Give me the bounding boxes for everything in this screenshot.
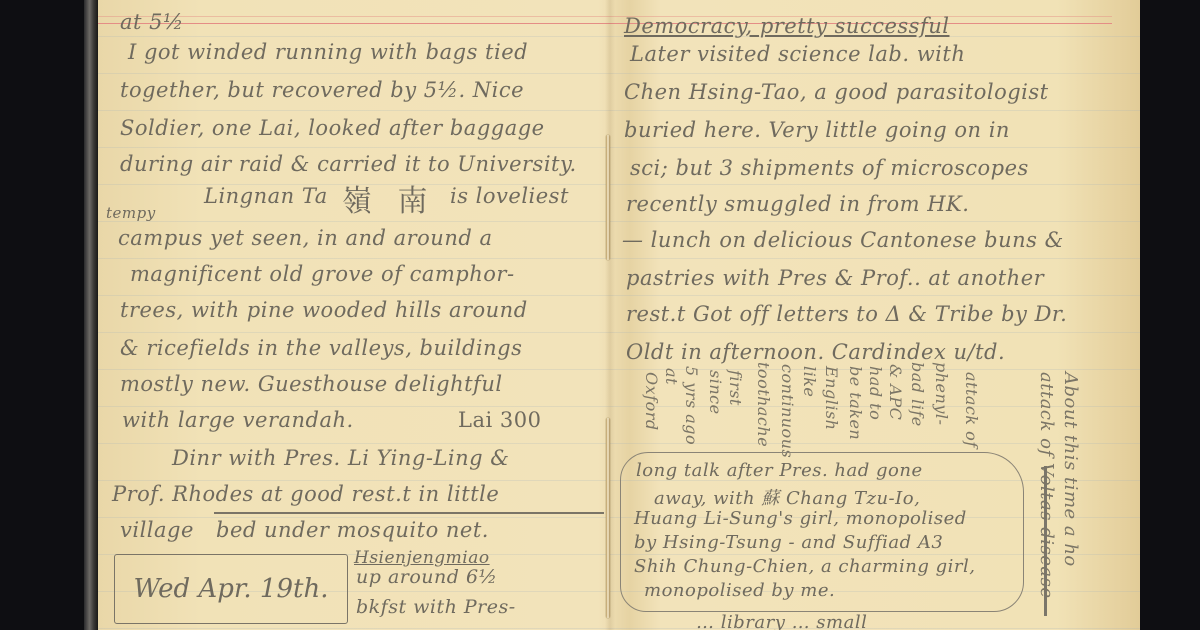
- vertical-note: continuous: [778, 364, 797, 458]
- handwritten-line: I got winded running with bags tied: [128, 40, 528, 64]
- handwritten-line: Democracy, pretty successful: [624, 14, 949, 38]
- vertical-note: phenyl-: [932, 362, 951, 425]
- handwritten-line: Prof. Rhodes at good rest.t in little: [112, 482, 499, 506]
- bubble-line: Shih Chung-Chien, a charming girl,: [634, 556, 975, 577]
- place-name: Hsienjengmiao: [354, 548, 490, 568]
- date-box: Wed Apr. 19th.: [114, 554, 348, 624]
- vertical-note: & APC: [886, 364, 905, 420]
- vertical-note: first: [726, 370, 745, 406]
- handwritten-line: — lunch on delicious Cantonese buns &: [622, 228, 1064, 252]
- vertical-note: Oxford: [642, 372, 661, 431]
- vertical-note: since: [706, 370, 725, 415]
- divider-line: [214, 512, 604, 514]
- left-page: at 5½ I got winded running with bags tie…: [98, 0, 608, 630]
- handwritten-line: pastries with Pres & Prof.. at another: [626, 266, 1044, 290]
- handwritten-line: bed under mosquito net.: [216, 518, 489, 542]
- handwritten-line: up around 6½: [356, 566, 497, 588]
- entry-date: Wed Apr. 19th.: [134, 574, 329, 604]
- notebook-spine: [84, 0, 98, 630]
- vertical-note: English: [822, 366, 841, 430]
- handwritten-line: at 5½: [120, 10, 184, 34]
- chinese-characters: 嶺 南: [342, 176, 436, 220]
- vertical-note: at: [662, 368, 681, 385]
- handwritten-line: village: [120, 518, 194, 542]
- edge-note: About this time a ho: [1060, 372, 1081, 567]
- handwritten-line: mostly new. Guesthouse delightful: [120, 372, 503, 396]
- notebook-spread: at 5½ I got winded running with bags tie…: [98, 0, 1140, 630]
- vertical-note: attack of: [962, 372, 981, 448]
- right-page: Democracy, pretty successful Later visit…: [616, 0, 1116, 630]
- bubble-line: long talk after Pres. had gone: [636, 460, 923, 481]
- bubble-line: away, with 蘇 Chang Tzu-Io,: [654, 484, 920, 510]
- bubble-line: monopolised by me.: [644, 580, 835, 601]
- vertical-note: toothache: [754, 362, 773, 447]
- handwritten-amount: Lai 300: [458, 408, 541, 432]
- handwritten-line: Chen Hsing-Tao, a good parasitologist: [624, 80, 1049, 104]
- handwritten-line: & ricefields in the valleys, buildings: [120, 336, 522, 360]
- handwritten-line: Dinr with Pres. Li Ying-Ling &: [172, 446, 509, 470]
- handwritten-line: during air raid & carried it to Universi…: [120, 152, 577, 176]
- vertical-note: bad life: [908, 362, 927, 427]
- margin-note: tempy: [106, 204, 156, 222]
- handwritten-line: is loveliest: [450, 184, 569, 208]
- edge-note: attack of Voltas disease: [1036, 372, 1057, 599]
- handwritten-line: bkfst with Pres-: [356, 596, 516, 618]
- vertical-note: had to: [866, 366, 885, 420]
- handwritten-line: buried here. Very little going on in: [624, 118, 1010, 142]
- handwritten-line: together, but recovered by 5½. Nice: [120, 78, 524, 102]
- vertical-note: like: [800, 366, 819, 397]
- handwritten-line: with large verandah.: [122, 408, 354, 432]
- bubble-line: by Hsing-Tsung - and Suffiad A3: [634, 532, 943, 553]
- handwritten-line: campus yet seen, in and around a: [118, 226, 493, 250]
- handwritten-line: Soldier, one Lai, looked after baggage: [120, 116, 545, 140]
- handwritten-line: magnificent old grove of camphor-: [130, 262, 515, 286]
- bubble-line: Huang Li-Sung's girl, monopolised: [634, 508, 967, 529]
- handwritten-line: Later visited science lab. with: [630, 42, 965, 66]
- handwritten-line: sci; but 3 shipments of microscopes: [630, 156, 1029, 180]
- handwritten-line: trees, with pine wooded hills around: [120, 298, 528, 322]
- handwritten-line: recently smuggled in from HK.: [626, 192, 969, 216]
- vertical-note: 5 yrs ago: [682, 366, 701, 445]
- vertical-note: be taken: [846, 366, 865, 440]
- handwritten-line-cut: … library … small: [696, 612, 867, 630]
- handwritten-line: rest.t Got off letters to Δ & Tribe by D…: [626, 302, 1067, 326]
- handwritten-line: Lingnan Ta: [204, 184, 328, 208]
- handwritten-line: Oldt in afternoon. Cardindex u/td.: [626, 340, 1005, 364]
